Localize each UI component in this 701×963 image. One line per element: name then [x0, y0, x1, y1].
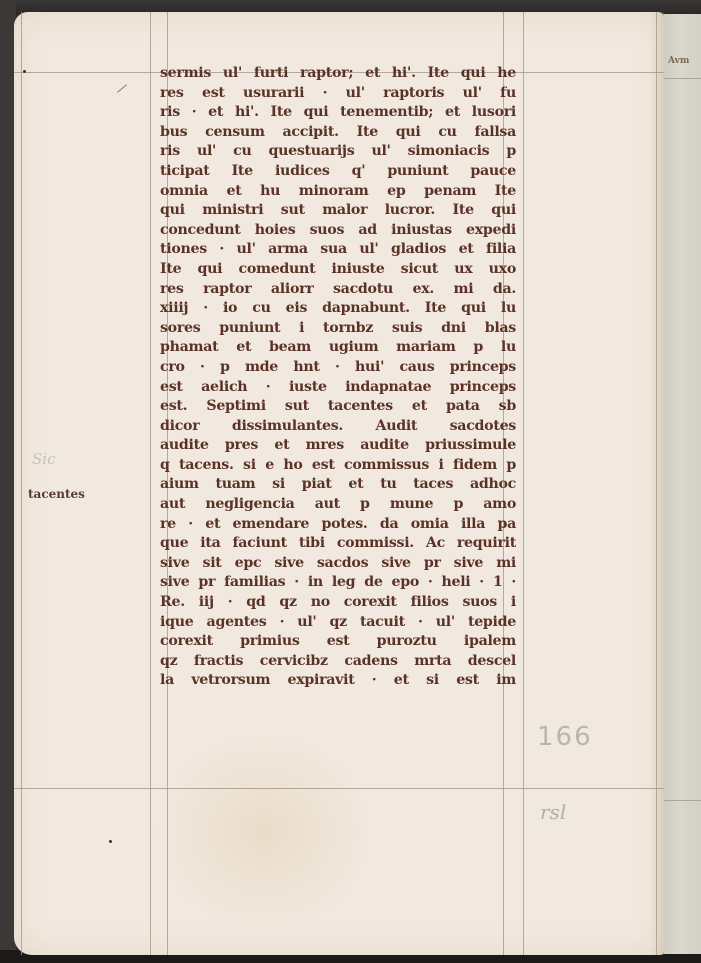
text-line: que ita faciunt tibi commissi. Ac requir… [160, 534, 516, 554]
text-line: xiiij · io cu eis dapnabunt. Ite qui lu [160, 299, 516, 319]
margin-rubric: tacentes [28, 487, 85, 501]
text-line: ticipat Ite iudices q' puniunt pauce [160, 162, 516, 182]
folio-number: 166 [537, 722, 593, 752]
text-line: res raptor aliorr sacdotu ex. mi da. [160, 280, 516, 300]
text-line: concedunt hoies suos ad iniustas expedi [160, 221, 516, 241]
ruling-line-horizontal [14, 788, 664, 789]
text-line: q tacens. si e ho est commissus i fidem … [160, 456, 516, 476]
text-line: qui ministri sut malor lucror. Ite qui [160, 201, 516, 221]
text-line: sive sit epc sive sacdos sive pr sive mi [160, 554, 516, 574]
pencil-annotation: rsl [540, 800, 566, 824]
text-line: cro · p mde hnt · hui' caus princeps [160, 358, 516, 378]
text-line: Ite qui comedunt iniuste sicut ux uxo [160, 260, 516, 280]
text-line: bus censum accipit. Ite qui cu fallsa [160, 123, 516, 143]
ruling-line-vertical [523, 12, 524, 955]
text-line: audite pres et mres audite priussimule [160, 436, 516, 456]
prick-mark [23, 70, 26, 73]
text-line: sive pr familias · in leg de epo · heli … [160, 573, 516, 593]
text-line: ique agentes · ul' qz tacuit · ul' tepid… [160, 613, 516, 633]
ruling-line-vertical [21, 12, 22, 955]
main-text-column: sermis ul' furti raptor; et hi'. Ite qui… [160, 64, 516, 691]
faded-margin-note: Sic [32, 450, 55, 468]
text-line: re · et emendare potes. da omia illa pa [160, 515, 516, 535]
ruling-line [664, 800, 701, 801]
text-line: ris · et hi'. Ite qui tenementib; et lus… [160, 103, 516, 123]
ruling-line-vertical [656, 12, 657, 955]
pen-stroke [117, 84, 127, 92]
text-line: est. Septimi sut tacentes et pata sb [160, 397, 516, 417]
text-line: aut negligencia aut p mune p amo [160, 495, 516, 515]
manuscript-scan: sermis ul' furti raptor; et hi'. Ite qui… [0, 0, 701, 963]
text-line: phamat et beam ugium mariam p lu [160, 338, 516, 358]
adjacent-leaf-edge [662, 14, 701, 954]
text-line: corexit primius est puroztu ipalem [160, 632, 516, 652]
text-line: dicor dissimulantes. Audit sacdotes [160, 417, 516, 437]
text-line: aium tuam si piat et tu taces adhoc [160, 475, 516, 495]
text-line: la vetrorsum expiravit · et si est im [160, 671, 516, 691]
ruling-line [664, 78, 701, 79]
prick-mark [109, 840, 112, 843]
text-line: sermis ul' furti raptor; et hi'. Ite qui… [160, 64, 516, 84]
text-line: res est usurarii · ul' raptoris ul' fu [160, 84, 516, 104]
text-line: Re. iij · qd qz no corexit filios suos i [160, 593, 516, 613]
next-leaf-catchword: Avm [668, 56, 689, 66]
text-line: ris ul' cu questuarijs ul' simoniacis p [160, 142, 516, 162]
text-line: sores puniunt i tornbz suis dni blas [160, 319, 516, 339]
text-line: est aelich · iuste indapnatae princeps [160, 378, 516, 398]
text-line: omnia et hu minoram ep penam Ite [160, 182, 516, 202]
ruling-line-vertical [150, 12, 151, 955]
text-line: qz fractis cervicibz cadens mrta descel [160, 652, 516, 672]
text-line: tiones · ul' arma sua ul' gladios et fil… [160, 240, 516, 260]
